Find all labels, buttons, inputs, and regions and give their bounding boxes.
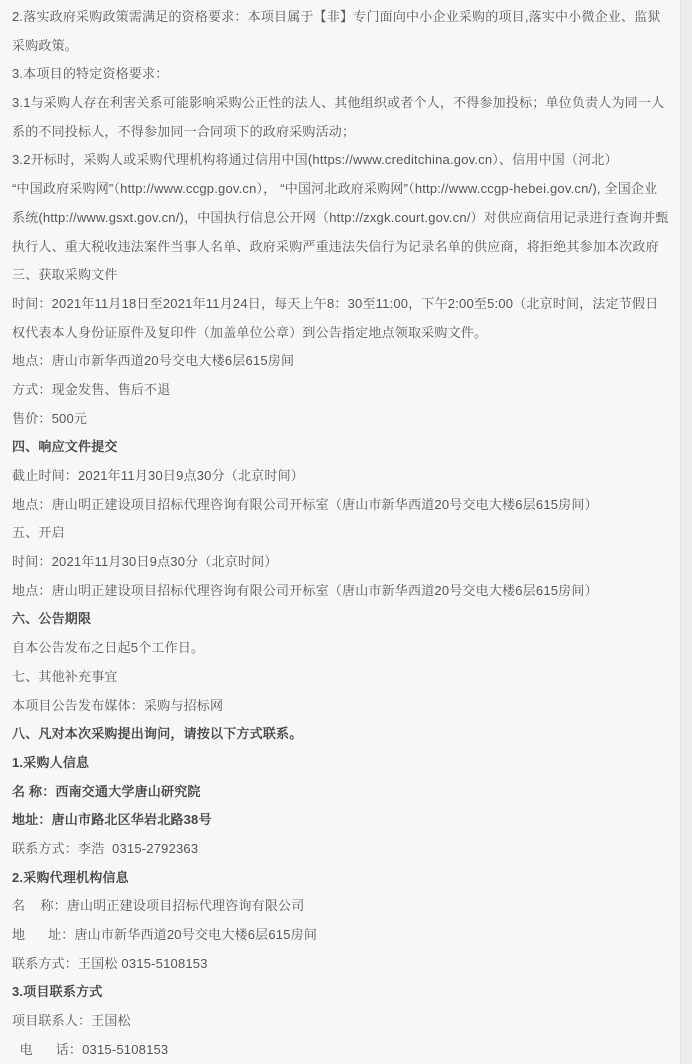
announcement-document: 2.落实政府采购政策需满足的资格要求：本项目属于【非】专门面向中小企业采购的项目… — [0, 0, 680, 1064]
document-line: 售价：500元 — [12, 405, 670, 434]
document-line: 本项目公告发布媒体：采购与招标网 — [12, 692, 670, 721]
document-line: 七、其他补充事宜 — [12, 663, 670, 692]
document-line: 地点：唐山明正建设项目招标代理咨询有限公司开标室（唐山市新华西道20号交电大楼6… — [12, 577, 670, 606]
document-line: 五、开启 — [12, 519, 670, 548]
document-line: 权代表本人身份证原件及复印件（加盖单位公章）到公告指定地点领取采购文件。 — [12, 319, 670, 348]
document-line: 时间：2021年11月30日9点30分（北京时间） — [12, 548, 670, 577]
document-line: 自本公告发布之日起5个工作日。 — [12, 634, 670, 663]
document-line: 方式：现金发售、售后不退 — [12, 376, 670, 405]
document-line: 联系方式：王国松 0315-5108153 — [12, 950, 670, 979]
document-line: 地址：唐山市路北区华岩北路38号 — [12, 806, 670, 835]
document-line: 地 址：唐山市新华西道20号交电大楼6层615房间 — [12, 921, 670, 950]
document-line: 电 话：0315-5108153 — [12, 1036, 670, 1064]
document-line: 2.采购代理机构信息 — [12, 864, 670, 893]
document-line: 项目联系人：王国松 — [12, 1007, 670, 1036]
document-line: 3.2开标时，采购人或采购代理机构将通过信用中国(https://www.cre… — [12, 146, 670, 175]
document-line: 地点：唐山明正建设项目招标代理咨询有限公司开标室（唐山市新华西道20号交电大楼6… — [12, 491, 670, 520]
document-line: 3.项目联系方式 — [12, 978, 670, 1007]
document-line: 执行人、重大税收违法案件当事人名单、政府采购严重违法失信行为记录名单的供应商，将… — [12, 233, 670, 262]
document-line: 八、凡对本次采购提出询问，请按以下方式联系。 — [12, 720, 670, 749]
document-line: “中国政府采购网”（http://www.ccgp.gov.cn）， “中国河北… — [12, 175, 670, 204]
announcement-page: 2.落实政府采购政策需满足的资格要求：本项目属于【非】专门面向中小企业采购的项目… — [0, 0, 681, 1064]
document-line: 采购政策。 — [12, 32, 670, 61]
document-line: 地点：唐山市新华西道20号交电大楼6层615房间 — [12, 347, 670, 376]
document-line: 2.落实政府采购政策需满足的资格要求：本项目属于【非】专门面向中小企业采购的项目… — [12, 3, 670, 32]
document-line: 3.1与采购人存在利害关系可能影响采购公正性的法人、其他组织或者个人，不得参加投… — [12, 89, 670, 118]
document-line: 系统(http://www.gsxt.gov.cn/)，中国执行信息公开网（ht… — [12, 204, 670, 233]
document-line: 六、公告期限 — [12, 605, 670, 634]
document-line: 名 称：唐山明正建设项目招标代理咨询有限公司 — [12, 892, 670, 921]
document-line: 名 称：西南交通大学唐山研究院 — [12, 778, 670, 807]
document-line: 三、获取采购文件 — [12, 261, 670, 290]
document-line: 联系方式：李浩 0315-2792363 — [12, 835, 670, 864]
document-line: 系的不同投标人，不得参加同一合同项下的政府采购活动； — [12, 118, 670, 147]
document-line: 截止时间：2021年11月30日9点30分（北京时间） — [12, 462, 670, 491]
document-line: 时间：2021年11月18日至2021年11月24日，每天上午8：30至11:0… — [12, 290, 670, 319]
document-line: 1.采购人信息 — [12, 749, 670, 778]
document-line: 四、响应文件提交 — [12, 433, 670, 462]
document-line: 3.本项目的特定资格要求： — [12, 60, 670, 89]
